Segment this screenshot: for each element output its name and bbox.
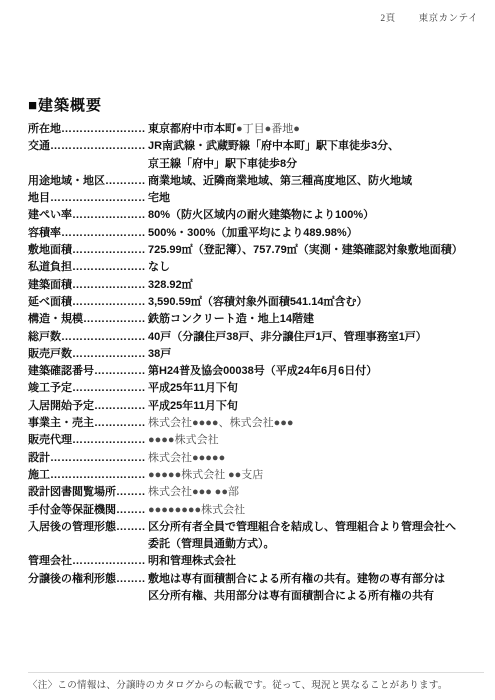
spec-label: 竣工予定 [28,380,72,397]
spec-label: 用途地域・地区 [28,173,105,190]
spec-row-nyukyogo-kanri-keitai: 入居後の管理形態……………………………………………… 区分所有者全員で管理組合を… [28,519,483,554]
spec-row-shozaichi: 所在地……………………………………………… 東京都府中市本町●丁目●番地● [28,121,483,138]
spec-value: ●●●●●●●●株式会社 [148,502,483,519]
dot-leader: ……………………………………………… [83,311,146,328]
spec-label: 管理会社 [28,553,72,570]
spec-value: JR南武線・武蔵野線「府中本町」駅下車徒歩3分、 京王線「府中」駅下車徒歩8分 [148,138,483,173]
dot-leader: ……………………………………………… [72,432,146,449]
spec-row-tetsukekin-hosho: 手付金等保証機関……………………………………………… ●●●●●●●●株式会社 [28,502,483,519]
spec-row-kenpeiritsu: 建ぺい率……………………………………………… 80%（防火区域内の耐火建築物によ… [28,207,483,224]
dot-leader: ……………………………………………… [50,467,146,484]
spec-label: 建ぺい率 [28,207,72,224]
spec-label: 事業主・売主 [28,415,94,432]
spec-row-hanbai-dairi: 販売代理……………………………………………… ●●●●株式会社 [28,432,483,449]
spec-label: 構造・規模 [28,311,83,328]
dot-leader: ……………………………………………… [116,571,146,588]
spec-value: ●●●●●株式会社 ●●支店 [148,467,483,484]
dot-leader: ……………………………………………… [116,484,146,501]
spec-label: 設計図書閲覧場所 [28,484,116,501]
spec-row-kenchiku-kakunin-bango: 建築確認番号……………………………………………… 第H24普及協会00038号（… [28,363,483,380]
dot-leader: ……………………………………………… [72,259,146,276]
dot-leader: ……………………………………………… [94,363,146,380]
spec-label: 容積率 [28,225,61,242]
spec-row-kanri-gaisha: 管理会社……………………………………………… 明和管理株式会社 [28,553,483,570]
spec-row-shikichi-menseki: 敷地面積……………………………………………… 725.99㎡（登記簿）、757.… [28,242,483,259]
dot-leader: ……………………………………………… [116,502,146,519]
footnote-divider [28,672,484,673]
dot-leader: ……………………………………………… [61,329,146,346]
spec-value: 敷地は専有面積割合による所有権の共有。建物の専有部分は 区分所有権、共用部分は専… [148,571,483,606]
spec-value: 区分所有者全員で管理組合を結成し、管理組合より管理会社へ 委託（管理員通勤方式）… [148,519,483,554]
dot-leader: ……………………………………………… [61,121,146,138]
spec-value: 株式会社●●● ●●部 [148,484,483,501]
spec-label: 販売代理 [28,432,72,449]
spec-value: なし [148,259,483,276]
spec-label: 分譲後の権利形態 [28,571,116,588]
spec-row-yotochiiki: 用途地域・地区……………………………………………… 商業地域、近隣商業地域、第三… [28,173,483,190]
spec-value: 725.99㎡（登記簿）、757.79㎡（実測・建築確認対象敷地面積） [148,242,483,259]
spec-value: 株式会社●●●●● [148,450,483,467]
footnote: 〈注〉この情報は、分譲時のカタログからの転載です。従って、現況と異なることがあり… [28,677,485,691]
spec-label: 入居後の管理形態 [28,519,116,536]
spec-value: 500%・300%（加重平均により489.98%） [148,225,483,242]
spec-row-bunjogo-kenri-keitai: 分譲後の権利形態……………………………………………… 敷地は専有面積割合による所… [28,571,483,606]
dot-leader: ……………………………………………… [50,450,146,467]
spec-row-seko: 施工……………………………………………… ●●●●●株式会社 ●●支店 [28,467,483,484]
spec-row-sekkei-tosho-etsuran: 設計図書閲覧場所……………………………………………… 株式会社●●● ●●部 [28,484,483,501]
spec-row-shunko-yotei: 竣工予定……………………………………………… 平成25年11月下旬 [28,380,483,397]
spec-value: 40戸（分譲住戸38戸、非分譲住戸1戸、管理事務室1戸） [148,329,483,346]
dot-leader: ……………………………………………… [50,138,146,155]
spec-row-shido-futan: 私道負担……………………………………………… なし [28,259,483,276]
spec-label: 施工 [28,467,50,484]
spec-row-hanbai-kosu: 販売戸数……………………………………………… 38戸 [28,346,483,363]
dot-leader: ……………………………………………… [72,380,146,397]
dot-leader: ……………………………………………… [72,207,146,224]
building-overview-list: 所在地……………………………………………… 東京都府中市本町●丁目●番地● 交通… [28,121,483,605]
spec-row-soukosu: 総戸数……………………………………………… 40戸（分譲住戸38戸、非分譲住戸1… [28,329,483,346]
dot-leader: ……………………………………………… [72,277,146,294]
dot-leader: ……………………………………………… [94,398,146,415]
spec-label: 建築面積 [28,277,72,294]
dot-leader: ……………………………………………… [50,190,146,207]
dot-leader: ……………………………………………… [116,519,146,536]
spec-row-kozo-kibo: 構造・規模……………………………………………… 鉄筋コンクリート造・地上14階建 [28,311,483,328]
brand-name: 東京カンテイ [419,10,478,24]
section-title: ■建築概要 [28,94,102,115]
dot-leader: ……………………………………………… [61,225,146,242]
spec-row-yosekiritsu: 容積率……………………………………………… 500%・300%（加重平均により4… [28,225,483,242]
spec-label: 建築確認番号 [28,363,94,380]
spec-label: 手付金等保証機関 [28,502,116,519]
page-header: 2頁 東京カンテイ [380,10,478,24]
spec-row-jigyonushi-urinushi: 事業主・売主……………………………………………… 株式会社●●●●、株式会社●●… [28,415,483,432]
spec-value: 平成25年11月下旬 [148,398,483,415]
dot-leader: ……………………………………………… [72,242,146,259]
spec-row-sekkei: 設計……………………………………………… 株式会社●●●●● [28,450,483,467]
spec-row-kotsu: 交通……………………………………………… JR南武線・武蔵野線「府中本町」駅下車… [28,138,483,173]
spec-value: 80%（防火区域内の耐火建築物により100%） [148,207,483,224]
dot-leader: ……………………………………………… [105,173,146,190]
spec-row-nobe-menseki: 延べ面積……………………………………………… 3,590.59㎡（容積対象外面積… [28,294,483,311]
spec-label: 入居開始予定 [28,398,94,415]
spec-value: 商業地域、近隣商業地域、第三種高度地区、防火地域 [148,173,483,190]
dot-leader: ……………………………………………… [94,415,146,432]
spec-value: ●●●●株式会社 [148,432,483,449]
spec-label: 所在地 [28,121,61,138]
spec-value: 鉄筋コンクリート造・地上14階建 [148,311,483,328]
spec-label: 敷地面積 [28,242,72,259]
spec-value: 東京都府中市本町●丁目●番地● [148,121,483,138]
spec-label: 私道負担 [28,259,72,276]
spec-value: 平成25年11月下旬 [148,380,483,397]
spec-label: 総戸数 [28,329,61,346]
spec-value: 第H24普及協会00038号（平成24年6月6日付） [148,363,483,380]
page-number: 2頁 [380,10,395,24]
spec-label: 設計 [28,450,50,467]
document-page: { "header": { "page_number": "2頁", "bran… [0,0,495,700]
spec-label: 交通 [28,138,50,155]
spec-value: 38戸 [148,346,483,363]
spec-row-kenchiku-menseki: 建築面積……………………………………………… 328.92㎡ [28,277,483,294]
spec-value: 明和管理株式会社 [148,553,483,570]
spec-value: 宅地 [148,190,483,207]
spec-value: 328.92㎡ [148,277,483,294]
spec-value: 株式会社●●●●、株式会社●●● [148,415,483,432]
spec-label: 販売戸数 [28,346,72,363]
spec-label: 地目 [28,190,50,207]
spec-row-nyukyo-kaishi-yotei: 入居開始予定……………………………………………… 平成25年11月下旬 [28,398,483,415]
spec-row-chimoku: 地目……………………………………………… 宅地 [28,190,483,207]
dot-leader: ……………………………………………… [72,294,146,311]
dot-leader: ……………………………………………… [72,553,146,570]
spec-value: 3,590.59㎡（容積対象外面積541.14㎡含む） [148,294,483,311]
spec-label: 延べ面積 [28,294,72,311]
dot-leader: ……………………………………………… [72,346,146,363]
